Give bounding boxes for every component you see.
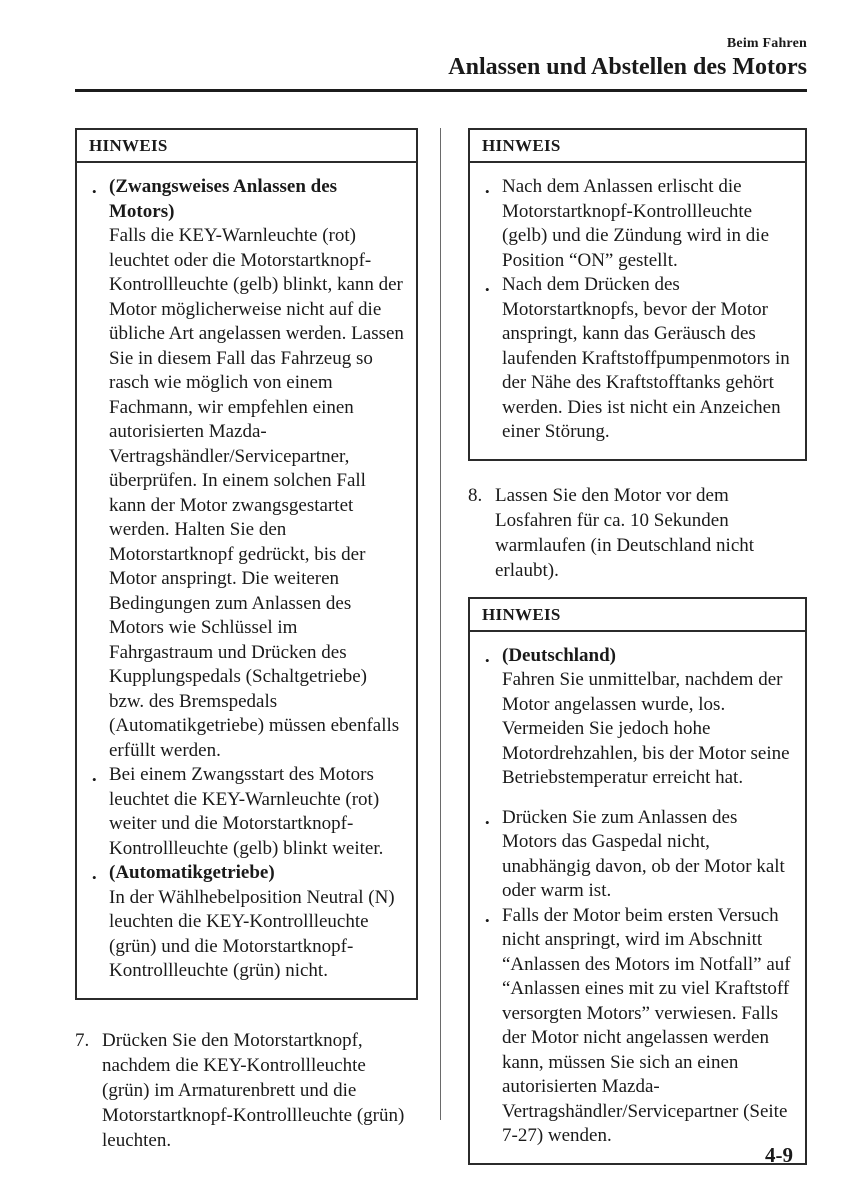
manual-page: Beim Fahren Anlassen und Abstellen des M…: [0, 0, 845, 1200]
note-bullet-list: Nach dem Anlassen erlischt die Motorstar…: [478, 175, 793, 445]
note-box-title: HINWEIS: [470, 130, 805, 163]
note-bullet-lead: (Automatikgetriebe): [109, 861, 404, 886]
right-column: HINWEIS Nach dem Anlassen erlischt die M…: [468, 128, 807, 1165]
note-bullet-lead: (Zwangsweises Anlassen des Motors): [109, 175, 404, 224]
note-bullet-text: Nach dem Anlassen erlischt die Motorstar…: [502, 176, 769, 271]
note-bullet-text: Nach dem Drücken des Motorstartknopfs, b…: [502, 274, 790, 442]
note-box-forced-start: HINWEIS (Zwangsweises Anlassen des Motor…: [75, 128, 418, 1000]
left-column: HINWEIS (Zwangsweises Anlassen des Motor…: [75, 128, 418, 1153]
note-bullet: Bei einem Zwangsstart des Motors leuchte…: [85, 763, 404, 861]
note-bullet-text: Bei einem Zwangsstart des Motors leuchte…: [109, 764, 383, 859]
note-bullet-list: (Zwangsweises Anlassen des Motors) Falls…: [85, 175, 404, 984]
two-column-layout: HINWEIS (Zwangsweises Anlassen des Motor…: [75, 128, 807, 1165]
note-bullet-lead: (Deutschland): [502, 644, 793, 669]
note-box-after-start: HINWEIS Nach dem Anlassen erlischt die M…: [468, 128, 807, 461]
step-8: 8. Lassen Sie den Motor vor dem Losfahre…: [468, 483, 807, 583]
note-bullet-list: (Deutschland) Fahren Sie unmittelbar, na…: [478, 644, 793, 1149]
header-rule: [75, 89, 807, 92]
page-number: 4-9: [765, 1143, 793, 1168]
note-box-germany: HINWEIS (Deutschland) Fahren Sie unmitte…: [468, 597, 807, 1165]
note-bullet-text: Falls der Motor beim ersten Versuch nich…: [502, 905, 791, 1147]
note-box-title: HINWEIS: [77, 130, 416, 163]
step-text: Lassen Sie den Motor vor dem Losfahren f…: [495, 483, 807, 583]
step-number: 8.: [468, 483, 495, 583]
column-divider: [440, 128, 441, 1120]
step-7: 7. Drücken Sie den Motorstartknopf, nach…: [75, 1028, 418, 1153]
step-number: 7.: [75, 1028, 102, 1153]
note-box-body: (Deutschland) Fahren Sie unmittelbar, na…: [470, 632, 805, 1163]
page-header: Beim Fahren Anlassen und Abstellen des M…: [75, 36, 807, 92]
note-box-body: (Zwangsweises Anlassen des Motors) Falls…: [77, 163, 416, 998]
note-bullet: Falls der Motor beim ersten Versuch nich…: [478, 904, 793, 1149]
note-box-body: Nach dem Anlassen erlischt die Motorstar…: [470, 163, 805, 459]
step-text: Drücken Sie den Motorstartknopf, nachdem…: [102, 1028, 418, 1153]
note-bullet: (Zwangsweises Anlassen des Motors) Falls…: [85, 175, 404, 763]
note-bullet: (Automatikgetriebe) In der Wählhebelposi…: [85, 861, 404, 984]
note-bullet: Nach dem Drücken des Motorstartknopfs, b…: [478, 273, 793, 445]
note-bullet-text: In der Wählhebelposition Neutral (N) leu…: [109, 887, 395, 982]
note-bullet: (Deutschland) Fahren Sie unmittelbar, na…: [478, 644, 793, 791]
note-bullet-text: Drücken Sie zum Anlassen des Motors das …: [502, 807, 785, 902]
section-label: Beim Fahren: [75, 36, 807, 52]
note-bullet: Nach dem Anlassen erlischt die Motorstar…: [478, 175, 793, 273]
note-box-title: HINWEIS: [470, 599, 805, 632]
note-bullet-text: Fahren Sie unmittelbar, nachdem der Moto…: [502, 669, 790, 788]
note-bullet: Drücken Sie zum Anlassen des Motors das …: [478, 806, 793, 904]
note-bullet-text: Falls die KEY-Warnleuchte (rot) leuchtet…: [109, 225, 404, 761]
page-title: Anlassen und Abstellen des Motors: [75, 54, 807, 81]
